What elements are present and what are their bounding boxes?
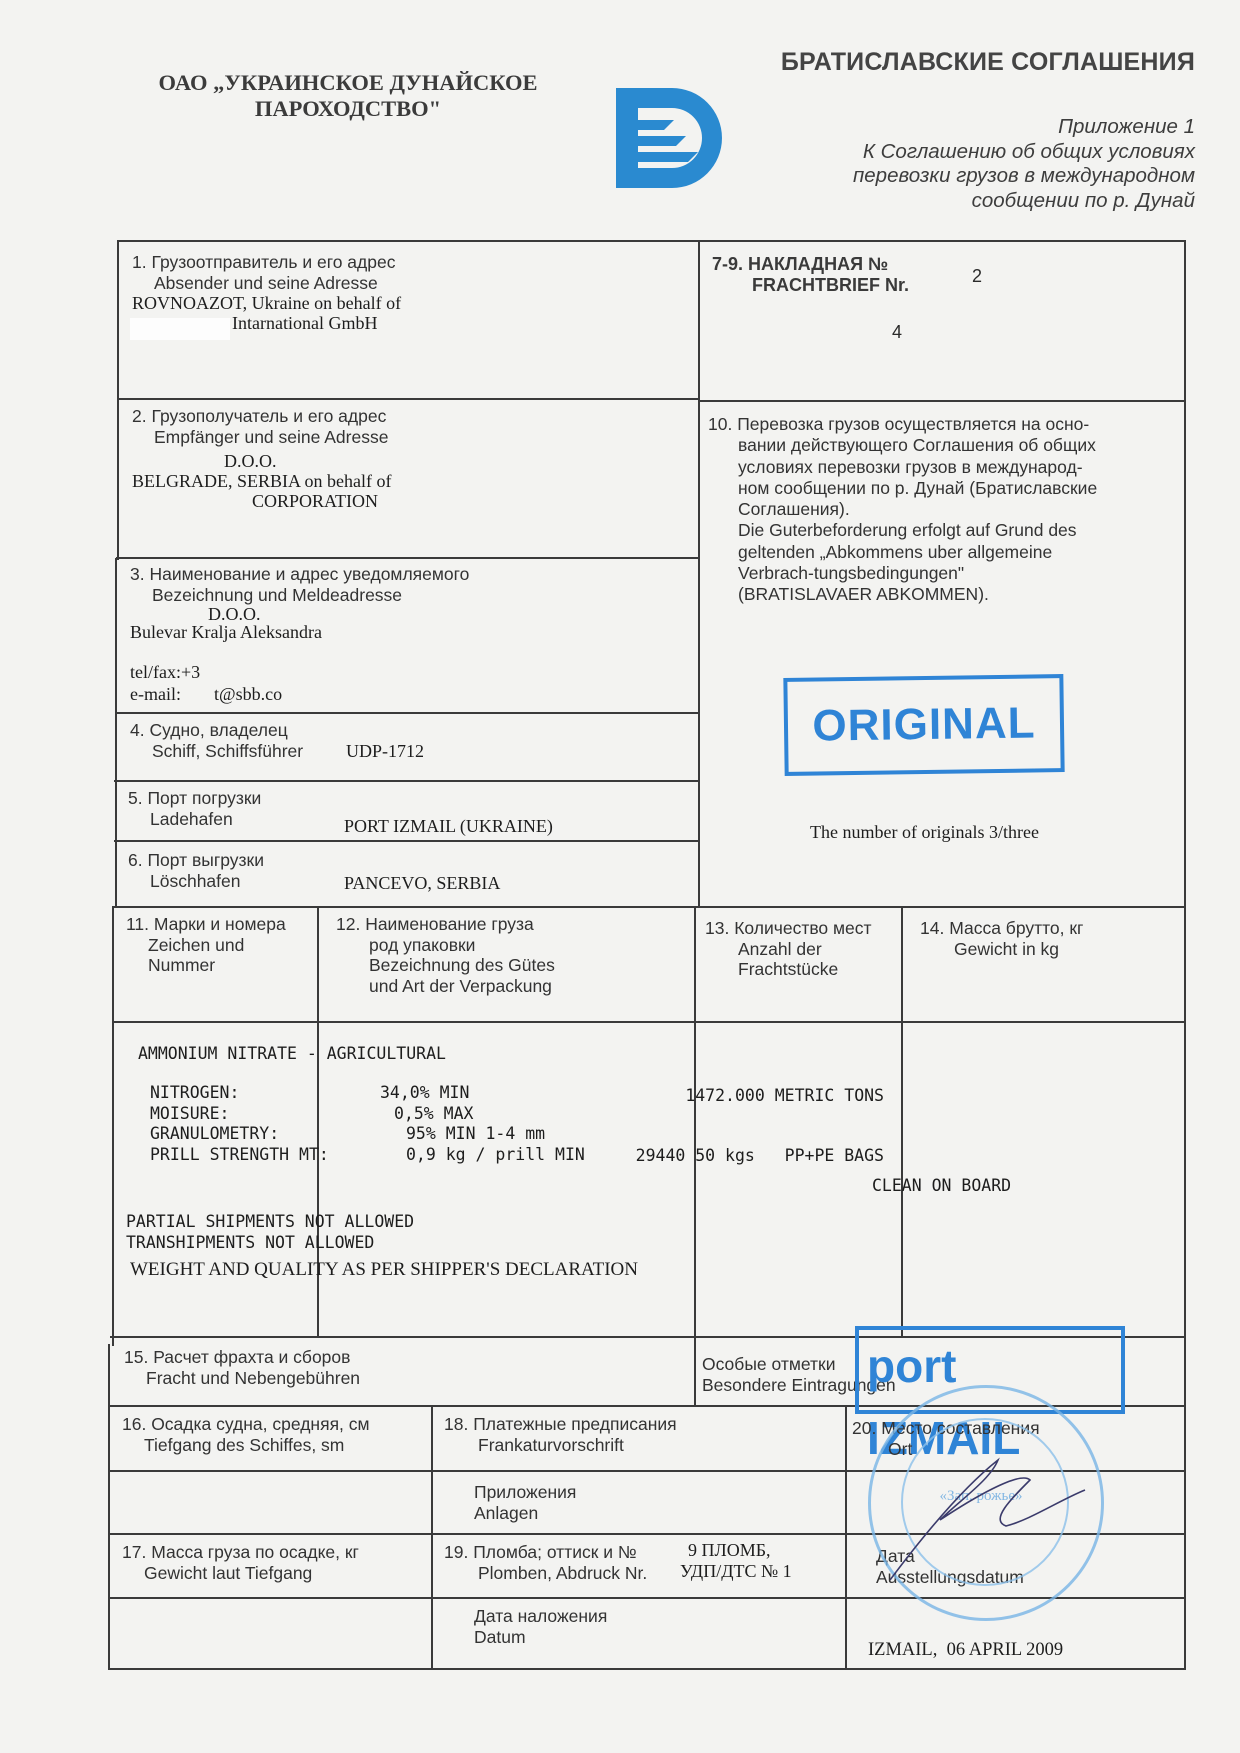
grid-line xyxy=(114,780,698,782)
annex-caption: Приложение 1 К Соглашению об общих услов… xyxy=(770,115,1195,213)
box-19-label-ru: 19. Пломба; оттиск и № xyxy=(444,1542,647,1563)
box-12-label: род упаковки xyxy=(336,935,555,956)
seal-date-label-de: Datum xyxy=(474,1627,607,1648)
grid-line xyxy=(113,906,1186,908)
issue-place-date-value: IZMAIL, 06 APRIL 2009 xyxy=(868,1640,1063,1661)
spec-name: MOISURE: xyxy=(150,1104,394,1125)
box-11-label: Nummer xyxy=(126,955,286,976)
grid-line xyxy=(698,240,700,906)
cargo-specs: NITROGEN:34,0% MIN MOISURE:0,5% MAX GRAN… xyxy=(150,1083,585,1165)
box-13-label: Anzahl der xyxy=(705,939,872,960)
udp-logo-icon xyxy=(612,84,732,192)
spec-name: PRILL STRENGTH MT: xyxy=(150,1145,406,1166)
shipper-name: ROVNOAZOT, Ukraine on behalf of xyxy=(132,293,401,313)
seal-count: 9 ПЛОМБ, xyxy=(688,1540,792,1561)
loading-port-value: PORT IZMAIL (UKRAINE) xyxy=(344,816,553,836)
box-1-label-de: Absender und seine Adresse xyxy=(132,273,401,294)
original-stamp-text: ORIGINAL xyxy=(787,678,1060,772)
annex-line: перевозки грузов в международном xyxy=(770,164,1195,189)
box-3-label-ru: 3. Наименование и адрес уведомляемого xyxy=(130,564,469,585)
attachments-label-ru: Приложения xyxy=(474,1482,576,1503)
spec-row: MOISURE:0,5% MAX xyxy=(150,1104,585,1125)
grid-line xyxy=(108,1344,110,1670)
box-14-label: 14. Масса брутто, кг xyxy=(920,918,1083,939)
box-16-label-de: Tiefgang des Schiffes, sm xyxy=(122,1435,370,1456)
box-14-label: Gewicht in kg xyxy=(920,939,1083,960)
terms-line: вании действующего Соглашения об общих xyxy=(708,435,1097,456)
grid-line xyxy=(698,400,1186,402)
weight-quality-declaration: WEIGHT AND QUALITY AS PER SHIPPER'S DECL… xyxy=(130,1259,638,1281)
grid-line xyxy=(117,240,119,560)
seal-number: УДП/ДТС № 1 xyxy=(680,1561,792,1582)
spec-row: PRILL STRENGTH MT:0,9 kg / prill MIN xyxy=(150,1145,585,1166)
redaction xyxy=(130,318,230,340)
consignee-name: D.O.O. xyxy=(132,451,391,471)
grid-line xyxy=(115,558,117,908)
grid-line xyxy=(117,398,699,400)
company-name-line1: ОАО „УКРАИНСКОЕ ДУНАЙСКОЕ xyxy=(118,70,578,96)
box-13-label: Frachtstücke xyxy=(705,959,872,980)
attachments: Приложения Anlagen xyxy=(474,1482,576,1523)
box-16-label-ru: 16. Осадка судна, средняя, см xyxy=(122,1414,370,1435)
box-13-label: 13. Количество мест xyxy=(705,918,872,939)
box-5-label-ru: 5. Порт погрузки xyxy=(128,788,261,809)
spec-value: 34,0% MIN xyxy=(380,1083,469,1104)
notify-phone: tel/fax:+3 xyxy=(130,662,200,682)
terms-line: (BRATISLAVAER ABKOMMEN). xyxy=(708,584,1097,605)
waybill-number: 4 xyxy=(892,322,902,343)
partial-shipments: PARTIAL SHIPMENTS NOT ALLOWED xyxy=(126,1212,414,1233)
box-3-notify-party: 3. Наименование и адрес уведомляемого Be… xyxy=(130,564,469,605)
box-6-label-ru: 6. Порт выгрузки xyxy=(128,850,264,871)
cargo-product: AMMONIUM NITRATE - AGRICULTURAL xyxy=(138,1044,446,1063)
spec-row: NITROGEN:34,0% MIN xyxy=(150,1083,585,1104)
box-17-label-ru: 17. Масса груза по осадке, кг xyxy=(122,1542,359,1563)
original-stamp: ORIGINAL xyxy=(783,674,1064,776)
box-2-label-ru: 2. Грузополучатель и его адрес xyxy=(132,406,391,427)
box-19-label-de: Plomben, Abdruck Nr. xyxy=(444,1563,647,1584)
spec-value: 0,9 kg / prill MIN xyxy=(406,1145,585,1166)
notify-email: t@sbb.co xyxy=(214,684,282,704)
box-11-marks: 11. Марки и номера Zeichen und Nummer xyxy=(126,914,286,976)
terms-line: Соглашения). xyxy=(708,499,1097,520)
shipment-conditions: PARTIAL SHIPMENTS NOT ALLOWED TRANSHIPME… xyxy=(126,1212,414,1253)
seal-date: Дата наложения Datum xyxy=(474,1606,607,1647)
box-16-draught: 16. Осадка судна, средняя, см Tiefgang d… xyxy=(122,1414,370,1455)
box-12-label: 12. Наименование груза xyxy=(336,914,555,935)
agreement-title: БРАТИСЛАВСКИЕ СОГЛАШЕНИЯ xyxy=(720,48,1195,77)
grid-line xyxy=(901,906,903,1336)
box-18-payment: 18. Платежные предписания Frankaturvorsc… xyxy=(444,1414,677,1455)
grid-line xyxy=(115,712,698,714)
spec-name: NITROGEN: xyxy=(150,1083,380,1104)
spec-value: 95% MIN 1-4 mm xyxy=(406,1124,545,1145)
company-name: ОАО „УКРАИНСКОЕ ДУНАЙСКОЕ ПАРОХОДСТВО" xyxy=(118,70,578,122)
box-19-seals: 19. Пломба; оттиск и № Plomben, Abdruck … xyxy=(444,1542,647,1583)
clean-on-board: CLEAN ON BOARD xyxy=(872,1176,1011,1195)
box-18-label-ru: 18. Платежные предписания xyxy=(444,1414,677,1435)
seal-date-label-ru: Дата наложения xyxy=(474,1606,607,1627)
grid-line xyxy=(113,1021,1186,1023)
box-4-vessel: 4. Судно, владелец Schiff, Schiffsführer xyxy=(130,720,303,761)
box-2-label-de: Empfänger und seine Adresse xyxy=(132,427,391,448)
grid-line xyxy=(694,1336,696,1406)
box-15-label-de: Fracht und Nebengebühren xyxy=(124,1368,360,1389)
annex-line: К Соглашению об общих условиях xyxy=(770,140,1195,165)
box-15-label-ru: 15. Расчет фрахта и сборов xyxy=(124,1347,360,1368)
discharge-port-value: PANCEVO, SERBIA xyxy=(344,873,500,893)
waybill-copy-number: 2 xyxy=(972,266,982,287)
terms-line: Die Guterbeforderung erfolgt auf Grund d… xyxy=(708,520,1097,541)
annex-line: сообщении по р. Дунай xyxy=(770,189,1195,214)
grid-line xyxy=(116,557,698,559)
grid-line xyxy=(114,840,698,842)
grid-line xyxy=(1184,240,1186,1670)
box-4-label-ru: 4. Судно, владелец xyxy=(130,720,303,741)
box-12-label: und Art der Verpackung xyxy=(336,976,555,997)
annex-line: Приложение 1 xyxy=(770,115,1195,140)
terms-line: Verbrach-tungsbedingungen" xyxy=(708,563,1097,584)
box-3-label-de: Bezeichnung und Meldeadresse xyxy=(130,585,469,606)
notify-name: D.O.O. xyxy=(208,604,261,624)
box-11-label: 11. Марки и номера xyxy=(126,914,286,935)
grid-line xyxy=(118,240,1186,242)
notify-email-prefix: e-mail: xyxy=(130,684,181,704)
vessel-value: UDP-1712 xyxy=(346,741,424,761)
signature-icon xyxy=(880,1440,1090,1590)
terms-line: условиях перевозки грузов в международ- xyxy=(708,457,1097,478)
box-14-gross-weight: 14. Масса брутто, кг Gewicht in kg xyxy=(920,918,1083,959)
box-5-loading-port: 5. Порт погрузки Ladehafen xyxy=(128,788,261,829)
box-12-label: Bezeichnung des Gütes xyxy=(336,955,555,976)
waybill-label-ru: 7-9. НАКЛАДНАЯ № xyxy=(712,254,909,275)
box-12-description: 12. Наименование груза род упаковки Beze… xyxy=(336,914,555,996)
seal-value: 9 ПЛОМБ, УДП/ДТС № 1 xyxy=(688,1540,792,1582)
grid-line xyxy=(431,1405,433,1669)
box-11-label: Zeichen und xyxy=(126,935,286,956)
originals-note: The number of originals 3/three xyxy=(810,822,1039,843)
company-name-line2: ПАРОХОДСТВО" xyxy=(118,96,578,122)
waybill-label-de: FRACHTBRIEF Nr. xyxy=(712,275,909,296)
box-15-freight: 15. Расчет фрахта и сборов Fracht und Ne… xyxy=(124,1347,360,1388)
box-17-label-de: Gewicht laut Tiefgang xyxy=(122,1563,359,1584)
grid-line xyxy=(112,906,114,1346)
terms-line: 10. Перевозка грузов осуществляется на о… xyxy=(708,414,1097,435)
spec-value: 0,5% MAX xyxy=(394,1104,473,1125)
box-10-terms: 10. Перевозка грузов осуществляется на о… xyxy=(708,414,1097,606)
spec-row: GRANULOMETRY:95% MIN 1-4 mm xyxy=(150,1124,585,1145)
terms-line: geltenden „Abkommens uber allgemeine xyxy=(708,542,1097,563)
box-5-label-de: Ladehafen xyxy=(128,809,261,830)
spec-name: GRANULOMETRY: xyxy=(150,1124,406,1145)
box-2-consignee: 2. Грузополучатель и его адрес Empfänger… xyxy=(132,406,391,511)
terms-line: ном сообщении по р. Дунай (Братиславские xyxy=(708,478,1097,499)
grid-line xyxy=(845,1405,847,1669)
attachments-label-de: Anlagen xyxy=(474,1503,576,1524)
box-13-packages: 13. Количество мест Anzahl der Frachtstü… xyxy=(705,918,872,980)
box-1-label-ru: 1. Грузоотправитель и его адрес xyxy=(132,252,401,273)
box-6-discharge-port: 6. Порт выгрузки Löschhafen xyxy=(128,850,264,891)
box-18-label-de: Frankaturvorschrift xyxy=(444,1435,677,1456)
grid-line xyxy=(108,1668,1186,1670)
box-6-label-de: Löschhafen xyxy=(128,871,264,892)
box-7-9-waybill: 7-9. НАКЛАДНАЯ № FRACHTBRIEF Nr. xyxy=(712,254,909,296)
box-17-weight-by-draught: 17. Масса груза по осадке, кг Gewicht la… xyxy=(122,1542,359,1583)
transhipments: TRANSHIPMENTS NOT ALLOWED xyxy=(126,1233,414,1254)
box-4-label-de: Schiff, Schiffsführer xyxy=(130,741,303,762)
consignee-city: BELGRADE, SERBIA on behalf of xyxy=(132,471,391,491)
consignee-company: CORPORATION xyxy=(132,491,391,511)
notify-address: Bulevar Kralja Aleksandra xyxy=(130,622,322,642)
